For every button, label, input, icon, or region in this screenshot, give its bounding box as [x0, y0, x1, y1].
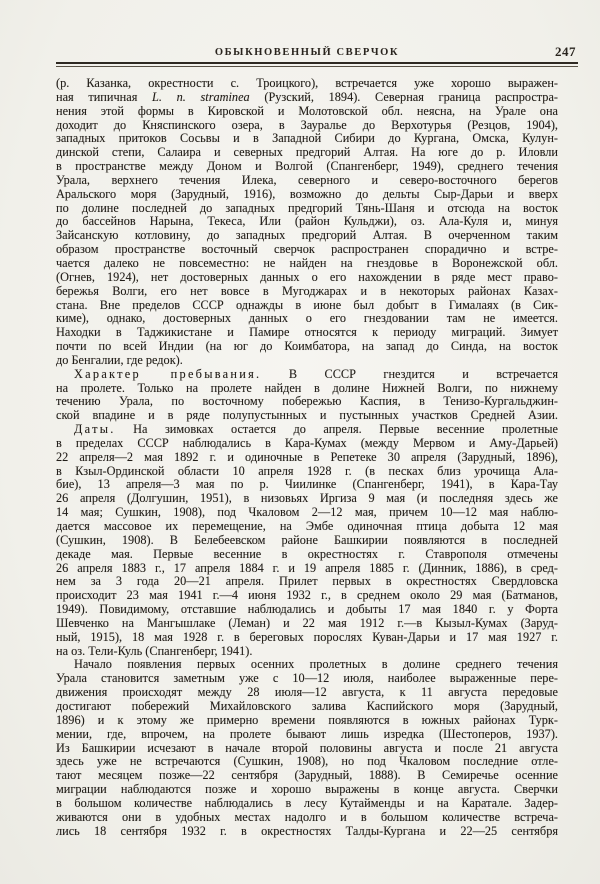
- text-line: нем за 3 года 20—21 апреля. Прилет первы…: [56, 575, 558, 589]
- text-run: Урала, верхнего течения Илека, северного…: [56, 173, 558, 187]
- text-line: в пространстве между Доном и Волгой (Спа…: [56, 160, 558, 174]
- text-line: бережья Волги, его нет вовсе в Мугоджара…: [56, 285, 558, 299]
- text-run: ской впадине и в ряде полупустынных и пу…: [56, 408, 558, 422]
- text-run: западных притоков Сосьвы и в Западной Си…: [56, 131, 558, 145]
- text-run: тают месяцем позже—22 сентября (Зарудный…: [56, 768, 558, 782]
- text-line: Урала, верхнего течения Илека, северного…: [56, 174, 558, 188]
- text-run: 26 апреля (Долгушин, 1951), в низовьях И…: [56, 491, 558, 505]
- text-run: дается массовое их перемещение, на Эмбе …: [56, 519, 558, 533]
- text-line: Аральского моря (Зарудный, 1916), возмож…: [56, 188, 558, 202]
- text-run: Находки в Таджикистане и Памире относятс…: [56, 325, 558, 339]
- text-line: стана. Вне пределов СССР однажды в июне …: [56, 299, 558, 313]
- text-block: (р. Казанка, окрестности с. Троицкого), …: [56, 77, 558, 838]
- text-run: мении, где, впрочем, на пролете бывают л…: [56, 727, 558, 741]
- text-run: ная типичная: [56, 90, 152, 104]
- text-line: на оз. Тели-Куль (Спангенберг, 1941).: [56, 645, 558, 659]
- text-run: Урала становится заметным уже с 10—12 ию…: [56, 671, 558, 685]
- text-run: ный, 1915), 18 мая 1928 г. в береговых п…: [56, 630, 558, 644]
- text-run: динской степи, Салаира и северных предго…: [56, 145, 558, 159]
- text-run: нения этой формы в Кировской и Молотовск…: [56, 104, 558, 118]
- text-run: в пределах СССР наблюдались в Кара-Кумах…: [56, 436, 558, 450]
- text-run: чается далеко не повсеместно: не найден …: [56, 256, 558, 270]
- text-run: стана. Вне пределов СССР однажды в июне …: [56, 298, 558, 312]
- text-run: 1896) и к этому же примерно времени появ…: [56, 713, 558, 727]
- text-line: ской впадине и в ряде полупустынных и пу…: [56, 409, 558, 423]
- text-line: Находки в Таджикистане и Памире относятс…: [56, 326, 558, 340]
- text-run: лись 18 сентября 1932 г. в окрестностях …: [56, 824, 558, 838]
- text-line: в большом количестве наблюдались в лесу …: [56, 797, 558, 811]
- text-run: (Сушкин, 1908). В Белебеевском районе Ба…: [56, 533, 558, 547]
- text-run: Шевченко на Мангышлаке (Леман) и 22 мая …: [56, 616, 558, 630]
- page-header: ОБЫКНОВЕННЫЙ СВЕРЧОК 247: [56, 46, 578, 60]
- text-run: (р. Казанка, окрестности с. Троицкого), …: [56, 76, 558, 90]
- text-line: 1949). Повидимому, отставшие наблюдались…: [56, 603, 558, 617]
- text-line: 26 апреля 1883 г., 17 апреля 1884 г. и 1…: [56, 562, 558, 576]
- text-line: (р. Казанка, окрестности с. Троицкого), …: [56, 77, 558, 91]
- text-run: В СССР гнездится и встречается: [261, 367, 558, 381]
- text-line: до бассейнов Нарына, Текеса, Или (район …: [56, 215, 558, 229]
- page-number: 247: [555, 44, 576, 60]
- text-line: живаются они в удобных местах надолго и …: [56, 811, 558, 825]
- text-run: движения происходят между 28 июля—12 авг…: [56, 685, 558, 699]
- text-line: почти по всей Индии (на юг до Коимбатора…: [56, 340, 558, 354]
- text-run: по долине последней до западных предгори…: [56, 201, 558, 215]
- text-run: в большом количестве наблюдались в лесу …: [56, 796, 558, 810]
- running-title: ОБЫКНОВЕННЫЙ СВЕРЧОК: [56, 47, 558, 58]
- text-line: тают месяцем позже—22 сентября (Зарудный…: [56, 769, 558, 783]
- text-run: на пролете. Только на пролете найден в д…: [56, 381, 558, 395]
- text-run: бережья Волги, его нет вовсе в Мугоджара…: [56, 284, 558, 298]
- text-line: нения этой формы в Кировской и Молотовск…: [56, 105, 558, 119]
- text-line: динской степи, Салаира и северных предго…: [56, 146, 558, 160]
- text-run: На зимовках остается до апреля. Первые в…: [116, 422, 558, 436]
- text-line: до Бенгалии, где редок).: [56, 354, 558, 368]
- text-run: на оз. Тели-Куль (Спангенберг, 1941).: [56, 644, 252, 658]
- text-line: здесь уже не встречаются (Сушкин, 1908),…: [56, 755, 558, 769]
- text-run: Зайсанскую котловину, до западных предго…: [56, 228, 558, 242]
- text-run: (Огнев, 1924), нет достоверных данных о …: [56, 270, 558, 284]
- text-line: 26 апреля (Долгушин, 1951), в низовьях И…: [56, 492, 558, 506]
- text-line: миграции наблюдаются позже и хорошо выра…: [56, 783, 558, 797]
- text-run: нем за 3 года 20—21 апреля. Прилет первы…: [56, 574, 558, 588]
- text-run: достигают побережий Михайловского залива…: [56, 699, 558, 713]
- text-line: в пределах СССР наблюдались в Кара-Кумах…: [56, 437, 558, 451]
- text-run: миграции наблюдаются позже и хорошо выра…: [56, 782, 558, 796]
- text-line: киме), однако, достоверных данных о его …: [56, 312, 558, 326]
- text-run: происходит 23 мая 1941 г.—4 июня 1932 г.…: [56, 588, 558, 602]
- text-line: Характер пребывания. В СССР гнездится и …: [56, 368, 558, 382]
- text-run-spread: Характер пребывания.: [74, 367, 261, 381]
- text-line: Даты. На зимовках остается до апреля. Пе…: [56, 423, 558, 437]
- text-line: 1896) и к этому же примерно времени появ…: [56, 714, 558, 728]
- text-run: в пространстве между Доном и Волгой (Спа…: [56, 159, 558, 173]
- text-run-spread: Даты.: [74, 422, 116, 436]
- text-run: до Бенгалии, где редок).: [56, 353, 183, 367]
- text-run: 14 мая; Сушкин, 1908), под Чкаловом 2—12…: [56, 505, 558, 519]
- text-run: киме), однако, достоверных данных о его …: [56, 311, 558, 325]
- text-line: декаде мая. Первые весенние в окрестност…: [56, 548, 558, 562]
- text-run: декаде мая. Первые весенние в окрестност…: [56, 547, 558, 561]
- text-line: достигают побережий Михайловского залива…: [56, 700, 558, 714]
- text-line: 14 мая; Сушкин, 1908), под Чкаловом 2—12…: [56, 506, 558, 520]
- text-line: (Огнев, 1924), нет достоверных данных о …: [56, 271, 558, 285]
- text-line: Шевченко на Мангышлаке (Леман) и 22 мая …: [56, 617, 558, 631]
- text-run: бие), 13 апреля—3 мая по р. Чиилинке (Сп…: [56, 477, 558, 491]
- text-line: по долине последней до западных предгори…: [56, 202, 558, 216]
- text-line: на пролете. Только на пролете найден в д…: [56, 382, 558, 396]
- text-run: 26 апреля 1883 г., 17 апреля 1884 г. и 1…: [56, 561, 558, 575]
- text-line: Начало появления первых осенних пролетны…: [56, 658, 558, 672]
- text-run: течению Урала, по восточному побережью К…: [56, 394, 558, 408]
- text-run: доходит до Княспинского озера, в Заураль…: [56, 118, 558, 132]
- text-run-italic: L. n. straminea: [152, 90, 250, 104]
- text-line: бие), 13 апреля—3 мая по р. Чиилинке (Сп…: [56, 478, 558, 492]
- scanned-book-page: { "page": { "header": { "running_title":…: [0, 0, 600, 884]
- text-run: 1949). Повидимому, отставшие наблюдались…: [56, 602, 558, 616]
- text-run: в Кзыл-Ординской области 10 апреля 1928 …: [56, 464, 558, 478]
- header-rule: [56, 62, 578, 67]
- text-line: ный, 1915), 18 мая 1928 г. в береговых п…: [56, 631, 558, 645]
- text-line: ная типичная L. n. straminea (Рузский, 1…: [56, 91, 558, 105]
- text-line: Из Башкирии исчезают в начале второй пол…: [56, 742, 558, 756]
- text-run: почти по всей Индии (на юг до Коимбатора…: [56, 339, 558, 353]
- text-line: лись 18 сентября 1932 г. в окрестностях …: [56, 825, 558, 839]
- text-run: Из Башкирии исчезают в начале второй пол…: [56, 741, 558, 755]
- text-run: образом пространстве восточный сверчок р…: [56, 242, 558, 256]
- text-line: Урала становится заметным уже с 10—12 ию…: [56, 672, 558, 686]
- text-line: мении, где, впрочем, на пролете бывают л…: [56, 728, 558, 742]
- text-line: происходит 23 мая 1941 г.—4 июня 1932 г.…: [56, 589, 558, 603]
- text-line: движения происходят между 28 июля—12 авг…: [56, 686, 558, 700]
- text-run: Начало появления первых осенних пролетны…: [74, 657, 558, 671]
- text-line: западных притоков Сосьвы и в Западной Си…: [56, 132, 558, 146]
- text-run: Аральского моря (Зарудный, 1916), возмож…: [56, 187, 558, 201]
- text-line: дается массовое их перемещение, на Эмбе …: [56, 520, 558, 534]
- text-line: образом пространстве восточный сверчок р…: [56, 243, 558, 257]
- text-run: (Рузский, 1894). Северная граница распро…: [250, 90, 558, 104]
- text-line: чается далеко не повсеместно: не найден …: [56, 257, 558, 271]
- text-line: (Сушкин, 1908). В Белебеевском районе Ба…: [56, 534, 558, 548]
- text-line: 22 апреля—2 мая 1892 г. и одиночные в Ре…: [56, 451, 558, 465]
- text-line: течению Урала, по восточному побережью К…: [56, 395, 558, 409]
- text-line: в Кзыл-Ординской области 10 апреля 1928 …: [56, 465, 558, 479]
- text-line: доходит до Княспинского озера, в Заураль…: [56, 119, 558, 133]
- text-line: Зайсанскую котловину, до западных предго…: [56, 229, 558, 243]
- text-run: до бассейнов Нарына, Текеса, Или (район …: [56, 214, 558, 228]
- text-run: 22 апреля—2 мая 1892 г. и одиночные в Ре…: [56, 450, 558, 464]
- text-run: живаются они в удобных местах надолго и …: [56, 810, 558, 824]
- text-run: здесь уже не встречаются (Сушкин, 1908),…: [56, 754, 558, 768]
